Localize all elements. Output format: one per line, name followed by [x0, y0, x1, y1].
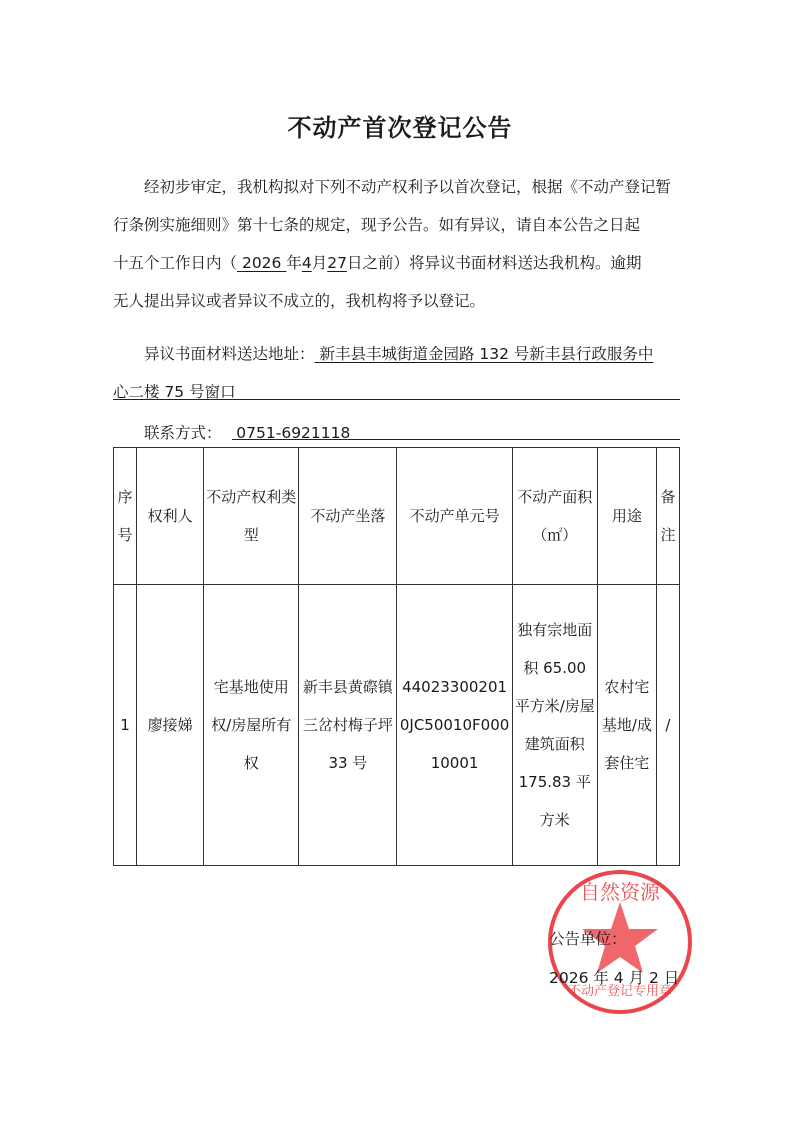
- address-line-1: 异议书面材料送达地址： 新丰县丰城街道金园路 132 号新丰县行政服务中: [144, 342, 653, 364]
- header-location: 不动产坐落: [299, 448, 397, 585]
- contact-label: 联系方式：: [144, 424, 222, 442]
- header-owner: 权利人: [137, 448, 204, 585]
- deadline-prefix: 十五个工作日内（: [113, 254, 237, 272]
- cell-area: 独有宗地面积 65.00 平方米/房屋建筑面积 175.83 平方米: [512, 585, 597, 866]
- notice-closing: 无人提出异议或者异议不成立的，我机构将予以登记。: [113, 292, 485, 310]
- cell-right-type: 宅基地使用权/房屋所有权: [204, 585, 299, 866]
- header-usage: 用途: [597, 448, 656, 585]
- address-underline: [113, 399, 680, 400]
- page-title: 不动产首次登记公告: [0, 108, 800, 143]
- address-value: 新丰县丰城街道金园路 132 号新丰县行政服务中: [315, 345, 654, 363]
- table-row: 1 廖接娣 宅基地使用权/房屋所有权 新丰县黄磜镇三岔村梅子坪 33 号 440…: [114, 585, 680, 866]
- header-no: 序号: [114, 448, 137, 585]
- header-unit-no: 不动产单元号: [397, 448, 512, 585]
- registration-table: 序号 权利人 不动产权利类型 不动产坐落 不动产单元号 不动产面积（㎡） 用途 …: [113, 447, 680, 866]
- cell-remark: /: [656, 585, 679, 866]
- cell-location: 新丰县黄磜镇三岔村梅子坪 33 号: [299, 585, 397, 866]
- issue-date: 2026 年 4 月 2 日: [549, 966, 679, 988]
- header-remark: 备注: [656, 448, 679, 585]
- table-header-row: 序号 权利人 不动产权利类型 不动产坐落 不动产单元号 不动产面积（㎡） 用途 …: [114, 448, 680, 585]
- month-label: 月: [312, 254, 328, 272]
- header-right-type: 不动产权利类型: [204, 448, 299, 585]
- deadline-month: 4: [302, 254, 312, 272]
- cell-unit-no: 440233002010JC50010F00010001: [397, 585, 512, 866]
- cell-usage: 农村宅基地/成套住宅: [597, 585, 656, 866]
- year-label: 年: [286, 254, 302, 272]
- deadline-suffix: 日之前）将异议书面材料送达我机构。逾期: [347, 254, 642, 272]
- contact-underline: [232, 439, 680, 440]
- deadline-year: 2026: [237, 254, 286, 272]
- cell-owner: 廖接娣: [137, 585, 204, 866]
- notice-paragraph-text: 经初步审定，我机构拟对下列不动产权利予以首次登记，根据《不动产登记暂行条例实施细…: [113, 178, 671, 234]
- notice-paragraph: 经初步审定，我机构拟对下列不动产权利予以首次登记，根据《不动产登记暂行条例实施细…: [113, 168, 685, 320]
- deadline-day: 27: [327, 254, 347, 272]
- issuer-label: 公告单位：: [549, 927, 627, 949]
- cell-no: 1: [114, 585, 137, 866]
- address-label: 异议书面材料送达地址：: [144, 345, 315, 363]
- header-area: 不动产面积（㎡）: [512, 448, 597, 585]
- svg-text:自然资源: 自然资源: [580, 880, 661, 904]
- deadline-line: 十五个工作日内（ 2026 年4月27日之前）将异议书面材料送达我机构。逾期: [113, 244, 642, 282]
